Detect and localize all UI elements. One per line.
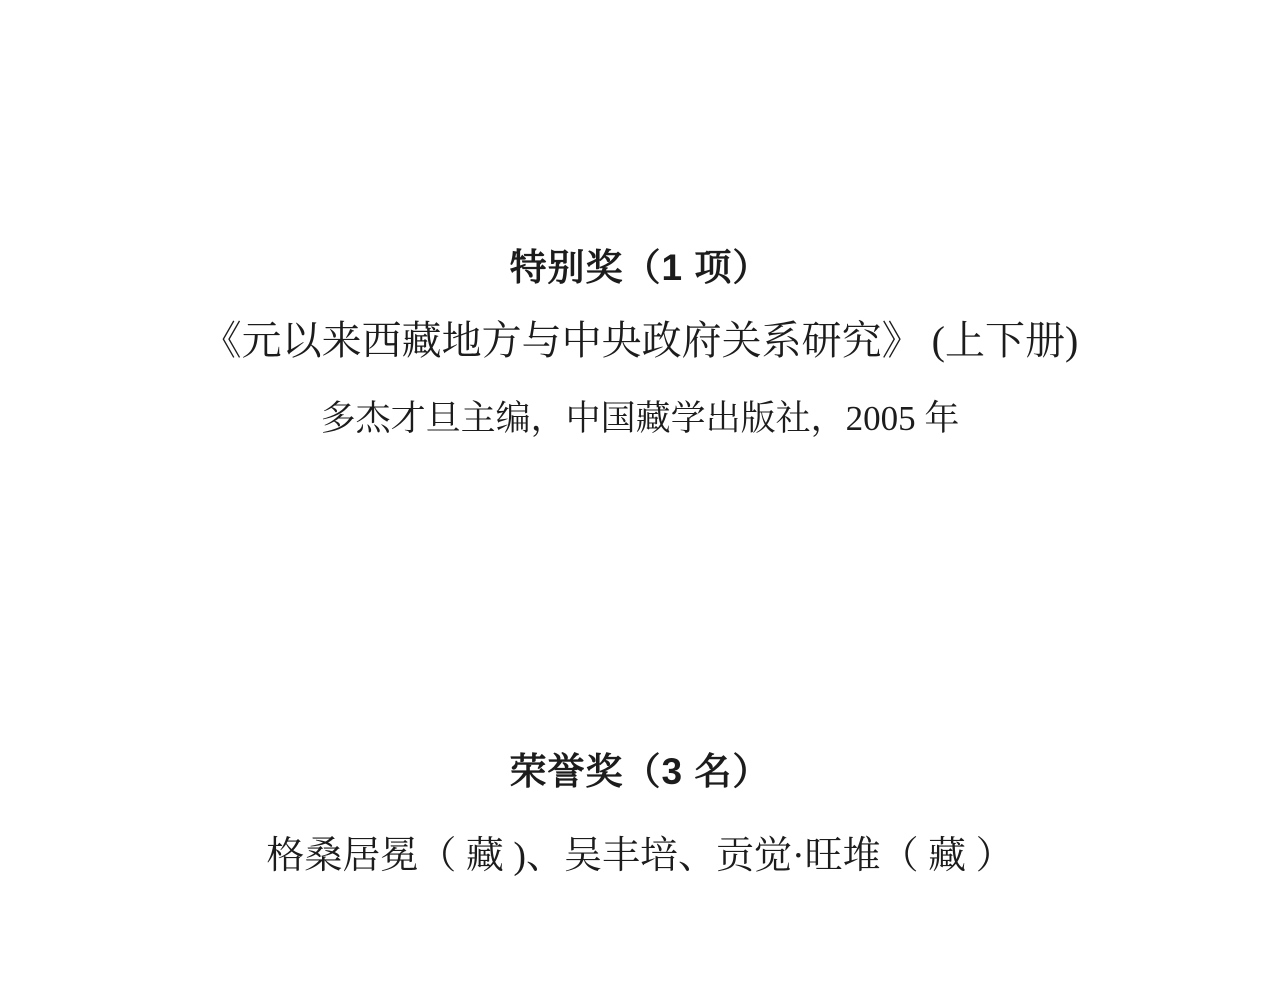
editor-publisher-line: 多杰才旦主编，中国藏学出版社，2005 年 — [0, 399, 1280, 439]
special-award-heading: 特别奖（1 项） — [0, 247, 1280, 290]
book-title-line: 《元以来西藏地方与中央政府关系研究》 (上下册) — [0, 318, 1280, 364]
honor-award-recipients-line: 格桑居冕（ 藏 )、吴丰培、贡觉·旺堆（ 藏 ） — [0, 835, 1280, 879]
honor-award-heading: 荣誉奖（3 名） — [0, 751, 1280, 794]
